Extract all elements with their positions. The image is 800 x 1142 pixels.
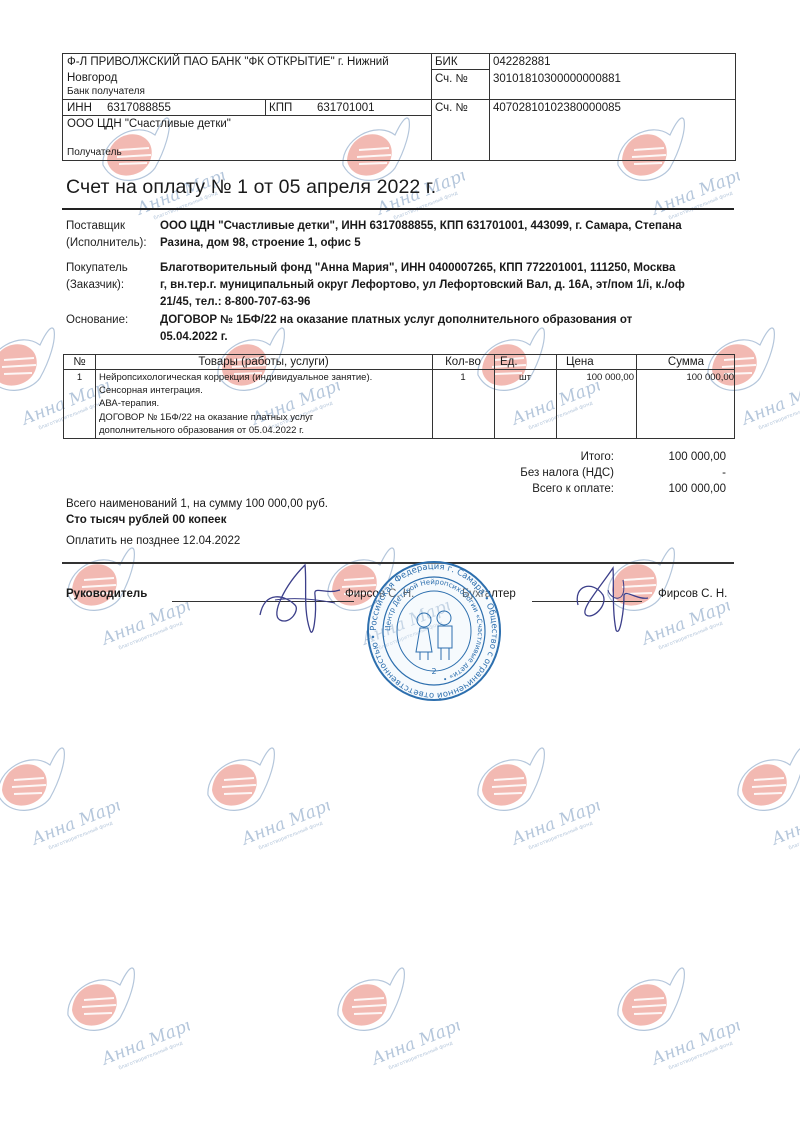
stamp-number: 2 (431, 667, 436, 676)
svg-text:благотворительный фонд: благотворительный фонд (117, 619, 184, 650)
accountant-signature (568, 560, 653, 640)
svg-text:благотворительный фонд: благотворительный фонд (657, 619, 724, 650)
svg-text:благотворительный фонд: благотворительный фонд (387, 1039, 454, 1070)
header-sum: Сумма (636, 355, 736, 369)
total-row: Итого: 100 000,00 (426, 451, 726, 468)
svg-text:Анна Мария: Анна Мария (28, 789, 120, 850)
to-pay-value: 100 000,00 (668, 483, 726, 495)
recipient-name: ООО ЦДН "Счастливые детки" (67, 117, 231, 131)
bik-value: 042282881 (493, 55, 551, 69)
watermark-logo: Анна Марияблаготворительный фонд (610, 960, 740, 1070)
corr-account-label: Сч. № (435, 72, 468, 86)
svg-text:Анна Мария: Анна Мария (98, 1009, 190, 1070)
bik-label: БИК (435, 55, 458, 69)
svg-text:благотворительный фонд: благотворительный фонд (527, 819, 594, 850)
svg-text:благотворительный фонд: благотворительный фонд (757, 399, 800, 430)
bank-name-cont: Новгород (67, 71, 117, 85)
bank-label: Банк получателя (67, 85, 145, 99)
svg-text:Анна Мария: Анна Мария (648, 1009, 740, 1070)
svg-text:Анна Мария: Анна Мария (508, 789, 600, 850)
svg-text:Анна Мария: Анна Мария (768, 789, 800, 850)
buyer-value: Благотворительный фонд "Анна Мария", ИНН… (160, 260, 740, 311)
vat-label: Без налога (НДС) (520, 467, 614, 479)
items-table: № Товары (работы, услуги) Кол-во Ед. Цен… (63, 354, 735, 439)
cell-num: 1 (64, 371, 95, 384)
cell-unit: шт (494, 371, 556, 384)
bank-name: Ф-Л ПРИВОЛЖСКИЙ ПАО БАНК "ФК ОТКРЫТИЕ" г… (67, 55, 389, 69)
total-label: Итого: (581, 451, 614, 463)
to-pay-row: Всего к оплате: 100 000,00 (426, 483, 726, 500)
watermark-logo: Анна Марияблаготворительный фонд (60, 960, 190, 1070)
vat-row: Без налога (НДС) - (426, 467, 726, 484)
kpp-label: КПП (269, 101, 292, 115)
svg-text:благотворительный фонд: благотворительный фонд (47, 819, 114, 850)
header-num: № (64, 355, 95, 369)
header-goods: Товары (работы, услуги) (95, 355, 432, 369)
svg-text:благотворительный фонд: благотворительный фонд (117, 1039, 184, 1070)
director-label: Руководитель (66, 588, 147, 600)
basis-value: ДОГОВОР № 1БФ/22 на оказание платных усл… (160, 312, 740, 346)
cell-sum: 100 000,00 (636, 371, 734, 384)
to-pay-label: Всего к оплате: (532, 483, 614, 495)
svg-text:благотворительный фонд: благотворительный фонд (787, 819, 800, 850)
company-stamp: Российская Федерация г. Самара • Обществ… (366, 560, 502, 702)
buyer-label: Покупатель (Заказчик): (66, 260, 158, 294)
inn-label: ИНН (67, 101, 92, 115)
basis-label: Основание: (66, 312, 158, 329)
total-value: 100 000,00 (668, 451, 726, 463)
invoice-title: Счет на оплату № 1 от 05 апреля 2022 г. (66, 176, 436, 199)
watermark-logo: Анна Марияблаготворительный фонд (330, 960, 460, 1070)
supplier-block: Поставщик (Исполнитель): ООО ЦДН "Счастл… (66, 218, 740, 254)
inn-value: 6317088855 (107, 101, 171, 115)
watermark-logo: Анна Марияблаготворительный фонд (0, 740, 120, 850)
cell-price: 100 000,00 (556, 371, 634, 384)
svg-text:Анна Мария: Анна Мария (368, 1009, 460, 1070)
cell-goods: Нейропсихологическая коррекция (индивиду… (99, 371, 429, 437)
kpp-value: 631701001 (317, 101, 375, 115)
vat-value: - (722, 467, 726, 479)
svg-text:Анна Мария: Анна Мария (238, 789, 330, 850)
svg-text:Анна Мария: Анна Мария (648, 159, 740, 220)
cell-qty: 1 (432, 371, 494, 384)
svg-text:благотворительный фонд: благотворительный фонд (667, 1039, 734, 1070)
watermark-logo: Анна Марияблаготворительный фонд (730, 740, 800, 850)
director-signature (255, 555, 345, 645)
basis-block: Основание: ДОГОВОР № 1БФ/22 на оказание … (66, 312, 740, 348)
header-unit: Ед. (494, 355, 532, 369)
account-value: 40702810102380000085 (493, 101, 621, 115)
account-label: Сч. № (435, 101, 468, 115)
bank-details-table: Ф-Л ПРИВОЛЖСКИЙ ПАО БАНК "ФК ОТКРЫТИЕ" г… (62, 53, 736, 161)
watermark-logo: Анна Марияблаготворительный фонд (200, 740, 330, 850)
items-count-text: Всего наименований 1, на сумму 100 000,0… (66, 498, 328, 510)
watermark-logo: Анна Марияблаготворительный фонд (470, 740, 600, 850)
svg-text:Анна Мария: Анна Мария (738, 369, 800, 430)
supplier-value: ООО ЦДН "Счастливые детки", ИНН 63170888… (160, 218, 740, 252)
pay-by-date: Оплатить не позднее 12.04.2022 (66, 535, 240, 547)
invoice-page: Анна Марияблаготворительный фондАнна Мар… (0, 0, 800, 1142)
amount-in-words: Сто тысяч рублей 00 копеек (66, 514, 226, 526)
corr-account-value: 30101810300000000881 (493, 72, 621, 86)
buyer-block: Покупатель (Заказчик): Благотворительный… (66, 260, 740, 314)
accountant-name: Фирсов С. Н. (658, 588, 727, 600)
header-qty: Кол-во (432, 355, 494, 369)
recipient-label: Получатель (67, 146, 122, 160)
supplier-label: Поставщик (Исполнитель): (66, 218, 158, 252)
title-divider (62, 208, 734, 210)
header-price: Цена (556, 355, 636, 369)
svg-text:благотворительный фонд: благотворительный фонд (257, 819, 324, 850)
svg-text:благотворительный фонд: благотворительный фонд (667, 189, 734, 220)
